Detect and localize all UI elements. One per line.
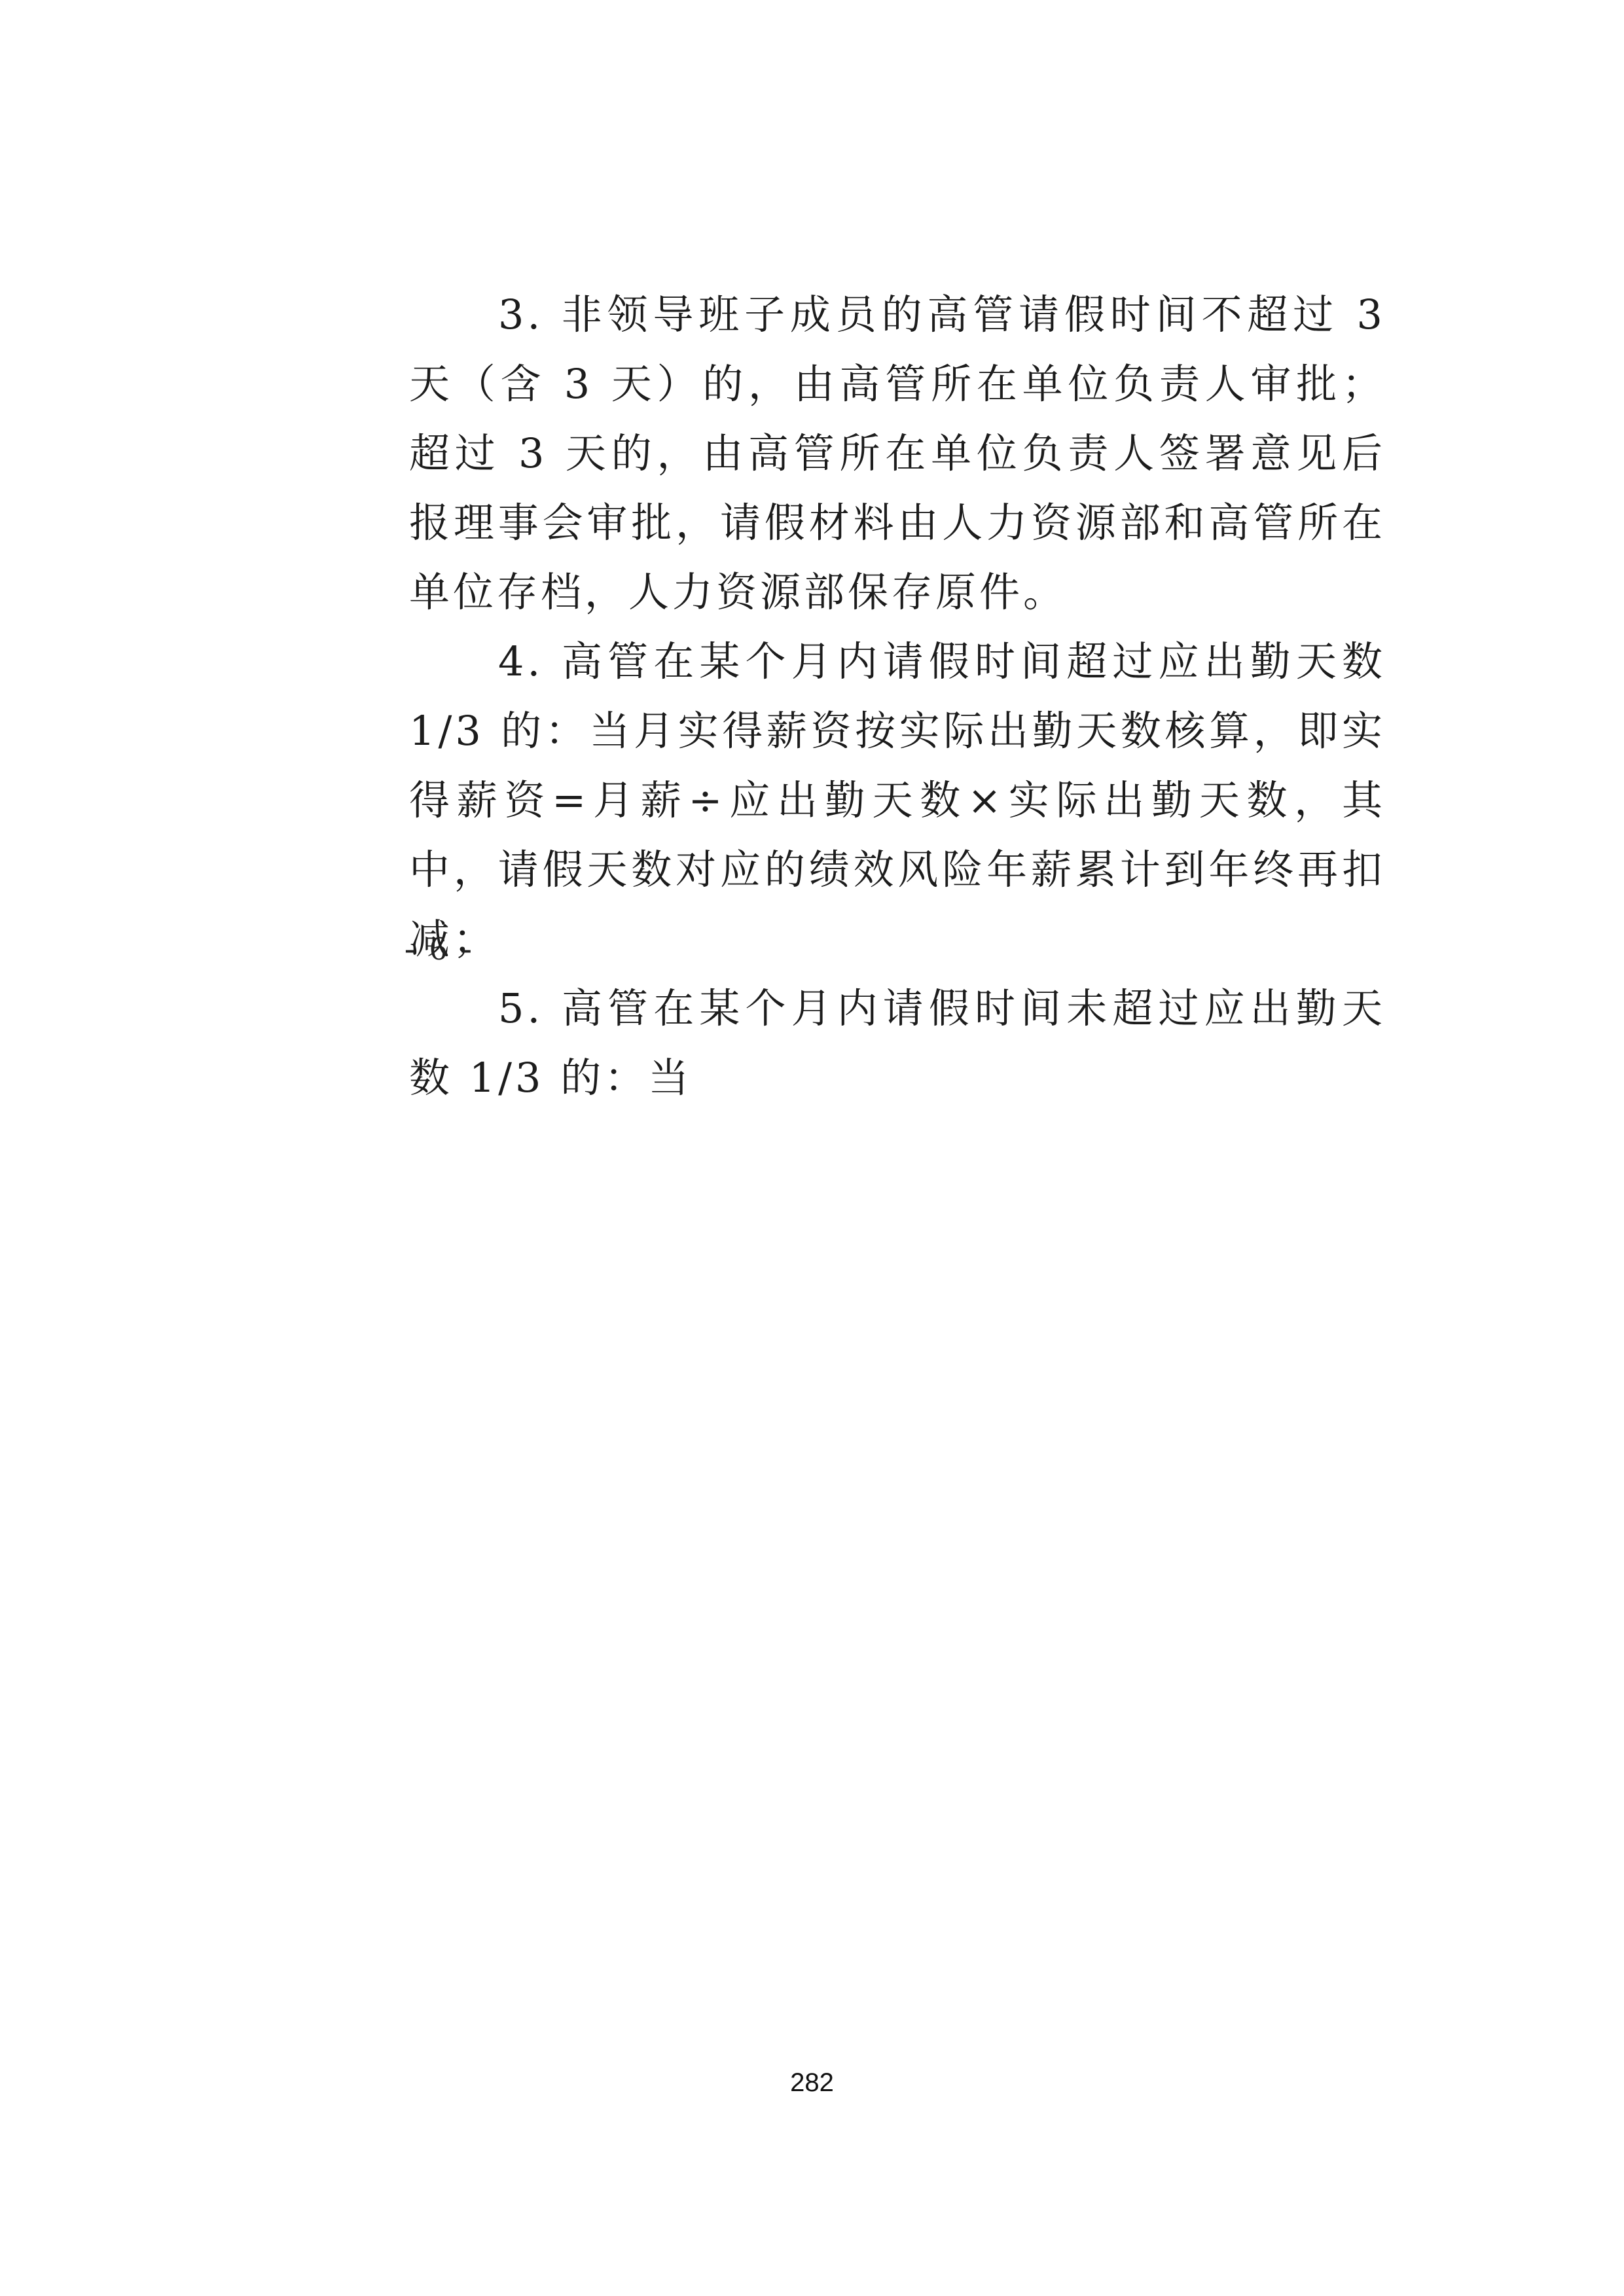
paragraph-item-3: 3. 非领导班子成员的高管请假时间不超过 3 天（含 3 天）的，由高管所在单位… — [409, 280, 1386, 627]
pdf-page-number: 282 — [0, 2068, 1624, 2098]
paragraph-item-4: 4. 高管在某个月内请假时间超过应出勤天数 1/3 的：当月实得薪资按实际出勤天… — [409, 627, 1386, 974]
document-page: 3. 非领导班子成员的高管请假时间不超过 3 天（含 3 天）的，由高管所在单位… — [0, 0, 1624, 2296]
document-page-number: - 6 - — [405, 929, 475, 968]
paragraph-item-5: 5. 高管在某个月内请假时间未超过应出勤天数 1/3 的：当 — [409, 974, 1386, 1113]
body-text: 3. 非领导班子成员的高管请假时间不超过 3 天（含 3 天）的，由高管所在单位… — [409, 280, 1386, 1113]
